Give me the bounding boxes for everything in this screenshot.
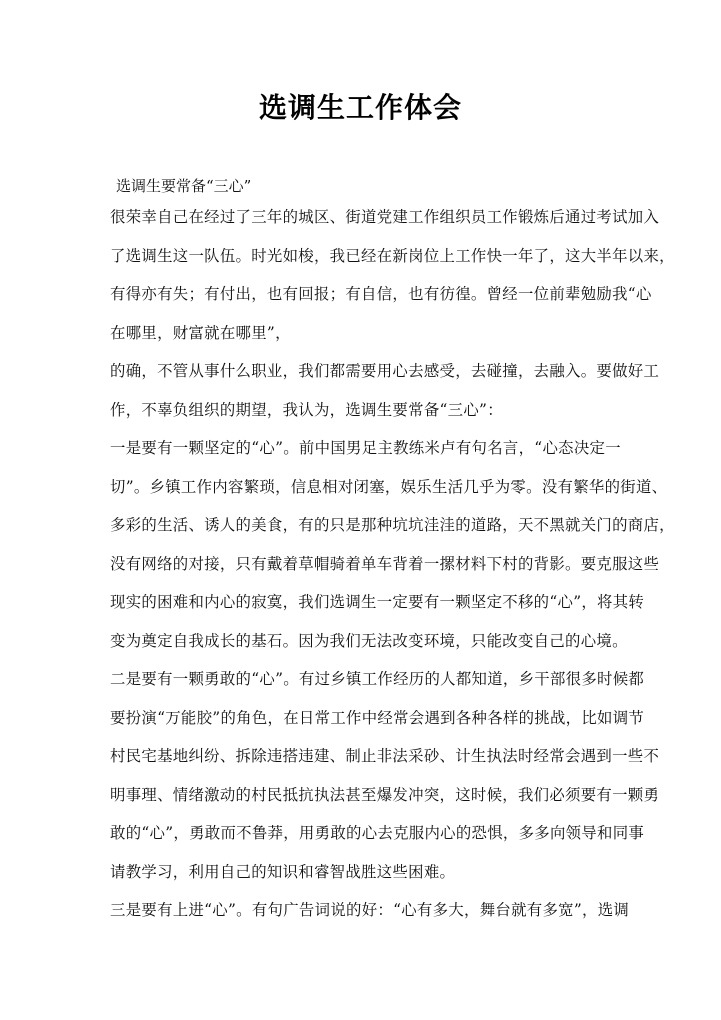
paragraph-line: 现实的困难和内心的寂寞，我们选调生一定要有一颗坚定不移的“心”，将其转 [110,591,615,630]
paragraph-line: 有得亦有失；有付出，也有回报；有自信，也有彷徨。曾经一位前辈勉励我“心 [110,283,615,322]
paragraph-line: 的确，不管从事什么职业，我们都需要用心去感受，去碰撞，去融入。要做好工 [110,360,615,399]
paragraph-line: 明事理、情绪激动的村民抵抗执法甚至爆发冲突，这时候，我们必须要有一颗勇 [110,784,615,823]
paragraph-line: 在哪里，财富就在哪里”， [110,322,615,361]
paragraph-line: 三是要有上进“心”。有句广告词说的好：“心有多大，舞台就有多宽”，选调 [110,899,615,938]
paragraph-line: 没有网络的对接，只有戴着草帽骑着单车背着一摞材料下村的背影。要克服这些 [110,553,615,592]
document-title: 选调生工作体会 [0,86,721,126]
paragraph-line: 多彩的生活、诱人的美食，有的只是那种坑坑洼洼的道路，天不黑就关门的商店， [110,514,615,553]
paragraph-line: 敢的“心”，勇敢而不鲁莽，用勇敢的心去克服内心的恐惧，多多向领导和同事 [110,822,615,861]
paragraph-line: 切”。乡镇工作内容繁琐，信息相对闭塞，娱乐生活几乎为零。没有繁华的街道、 [110,476,615,515]
paragraph-line: 作，不辜负组织的期望，我认为，选调生要常备“三心”： [110,399,615,438]
paragraph-line: 变为奠定自我成长的基石。因为我们无法改变环境，只能改变自己的心境。 [110,630,615,669]
paragraph-line: 二是要有一颗勇敢的“心”。有过乡镇工作经历的人都知道，乡干部很多时候都 [110,668,615,707]
paragraph-line: 请教学习，利用自己的知识和睿智战胜这些困难。 [110,861,615,900]
paragraph-line: 村民宅基地纠纷、拆除违搭违建、制止非法采砂、计生执法时经常会遇到一些不 [110,745,615,784]
paragraph-line: 了选调生这一队伍。时光如梭，我已经在新岗位上工作快一年了，这大半年以来， [110,245,615,284]
paragraph-line: 很荣幸自己在经过了三年的城区、街道党建工作组织员工作锻炼后通过考试加入 [110,206,615,245]
document-subtitle: 选调生要常备“三心” [116,175,251,196]
paragraph-line: 一是要有一颗坚定的“心”。前中国男足主教练米卢有句名言，“心态决定一 [110,437,615,476]
paragraph-line: 要扮演“万能胶”的角色，在日常工作中经常会遇到各种各样的挑战，比如调节 [110,707,615,746]
document-body: 很荣幸自己在经过了三年的城区、街道党建工作组织员工作锻炼后通过考试加入了选调生这… [110,206,615,938]
document-page: 选调生工作体会 选调生要常备“三心” 很荣幸自己在经过了三年的城区、街道党建工作… [0,0,721,1020]
